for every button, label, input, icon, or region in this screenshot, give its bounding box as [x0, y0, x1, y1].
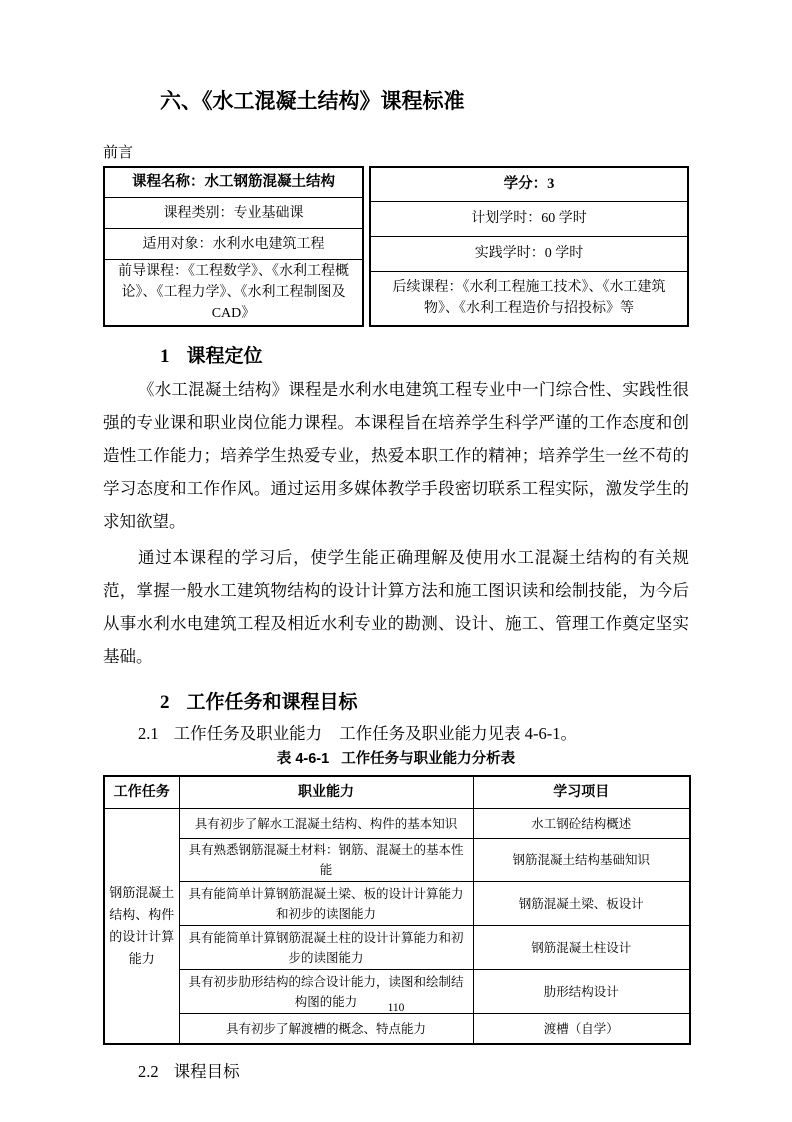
project-cell: 钢筋混凝土柱设计 — [473, 926, 690, 970]
table-caption: 表 4-6-1工作任务与职业能力分析表 — [103, 749, 689, 769]
section-1-number: 1 — [160, 346, 170, 367]
section-2-title: 工作任务和课程目标 — [187, 692, 358, 713]
header-project-cell: 学习项目 — [473, 776, 690, 809]
table-row: 计划学时：60 学时 — [370, 201, 688, 236]
table-row: 适用对象：水利水电建筑工程 — [104, 229, 363, 260]
document-title: 六、《水工混凝土结构》课程标准 — [160, 88, 689, 115]
page-content: 六、《水工混凝土结构》课程标准 前言 课程名称：水工钢筋混凝土结构 课程类别：专… — [103, 88, 689, 1085]
subsection-2-1-label: 工作任务及职业能力 — [174, 724, 323, 743]
table-header-row: 工作任务 职业能力 学习项目 — [104, 776, 690, 809]
course-info-table-left: 课程名称：水工钢筋混凝土结构 课程类别：专业基础课 适用对象：水利水电建筑工程 … — [103, 166, 364, 327]
header-ability-cell: 职业能力 — [179, 776, 473, 809]
header-task-cell: 工作任务 — [104, 776, 179, 809]
project-cell: 钢筋混凝土结构基础知识 — [473, 839, 690, 882]
course-info-table-right: 学分：3 计划学时：60 学时 实践学时：0 学时 后续课程：《水利工程施工技术… — [369, 166, 689, 327]
planned-hours-cell: 计划学时：60 学时 — [370, 201, 688, 236]
credits-cell: 学分：3 — [370, 167, 688, 201]
section-1-paragraph-2: 通过本课程的学习后，使学生能正确理解及使用水工混凝土结构的有关规范，掌握一般水工… — [103, 541, 689, 673]
ability-cell: 具有能简单计算钢筋混凝土柱的设计计算能力和初步的读图能力 — [179, 926, 473, 970]
project-cell: 钢筋混凝土梁、板设计 — [473, 882, 690, 926]
table-row: 学分：3 — [370, 167, 688, 201]
practice-hours-cell: 实践学时：0 学时 — [370, 236, 688, 271]
table-row: 具有熟悉钢筋混凝土材料：钢筋、混凝土的基本性能 钢筋混凝土结构基础知识 — [104, 839, 690, 882]
table-caption-number: 表 4-6-1 — [277, 751, 329, 767]
table-row: 课程名称：水工钢筋混凝土结构 — [104, 167, 363, 198]
subsection-2-1-text: 工作任务及职业能力见表 4-6-1。 — [339, 724, 577, 743]
subsection-2-1-number: 2.1 — [138, 724, 159, 743]
course-category-cell: 课程类别：专业基础课 — [104, 198, 363, 229]
subsection-2-1-line: 2.1工作任务及职业能力工作任务及职业能力见表 4-6-1。 — [103, 720, 689, 747]
project-cell: 渡槽（自学） — [473, 1014, 690, 1045]
section-2-number: 2 — [160, 692, 170, 713]
table-row: 具有初步了解渡槽的概念、特点能力 渡槽（自学） — [104, 1014, 690, 1045]
prerequisite-courses-cell: 前导课程：《工程数学》、《水利工程概论》、《工程力学》、《水利工程制图及 CAD… — [104, 260, 363, 327]
follow-up-courses-cell: 后续课程：《水利工程施工技术》、《水工建筑物》、《水利工程造价与招投标》等 — [370, 271, 688, 326]
page-number: 110 — [0, 1002, 792, 1014]
course-info-tables: 课程名称：水工钢筋混凝土结构 课程类别：专业基础课 适用对象：水利水电建筑工程 … — [103, 166, 689, 327]
subsection-2-2-line: 2.2课程目标 — [103, 1058, 689, 1085]
document-page: 六、《水工混凝土结构》课程标准 前言 课程名称：水工钢筋混凝土结构 课程类别：专… — [0, 0, 792, 1122]
subsection-2-2-number: 2.2 — [138, 1062, 159, 1081]
section-1-paragraph-1: 《水工混凝土结构》课程是水利水电建筑工程专业中一门综合性、实践性很强的专业课和职… — [103, 373, 689, 538]
ability-cell: 具有熟悉钢筋混凝土材料：钢筋、混凝土的基本性能 — [179, 839, 473, 882]
preface-label: 前言 — [103, 143, 689, 163]
table-row: 钢筋混凝土结构、构件的设计计算能力 具有初步了解水工混凝土结构、构件的基本知识 … — [104, 809, 690, 839]
applicable-major-cell: 适用对象：水利水电建筑工程 — [104, 229, 363, 260]
section-1-title: 课程定位 — [187, 346, 263, 367]
course-name-cell: 课程名称：水工钢筋混凝土结构 — [104, 167, 363, 198]
ability-cell: 具有初步了解渡槽的概念、特点能力 — [179, 1014, 473, 1045]
table-row: 实践学时：0 学时 — [370, 236, 688, 271]
table-row: 具有能简单计算钢筋混凝土柱的设计计算能力和初步的读图能力 钢筋混凝土柱设计 — [104, 926, 690, 970]
table-row: 前导课程：《工程数学》、《水利工程概论》、《工程力学》、《水利工程制图及 CAD… — [104, 260, 363, 327]
section-1-heading: 1课程定位 — [160, 344, 689, 370]
table-row: 后续课程：《水利工程施工技术》、《水工建筑物》、《水利工程造价与招投标》等 — [370, 271, 688, 326]
section-2-heading: 2工作任务和课程目标 — [160, 690, 689, 716]
subsection-2-2-label: 课程目标 — [174, 1062, 240, 1081]
table-row: 具有能简单计算钢筋混凝土梁、板的设计计算能力和初步的读图能力 钢筋混凝土梁、板设… — [104, 882, 690, 926]
project-cell: 水工钢砼结构概述 — [473, 809, 690, 839]
ability-cell: 具有初步了解水工混凝土结构、构件的基本知识 — [179, 809, 473, 839]
ability-cell: 具有能简单计算钢筋混凝土梁、板的设计计算能力和初步的读图能力 — [179, 882, 473, 926]
table-caption-title: 工作任务与职业能力分析表 — [341, 751, 515, 767]
table-row: 课程类别：专业基础课 — [104, 198, 363, 229]
